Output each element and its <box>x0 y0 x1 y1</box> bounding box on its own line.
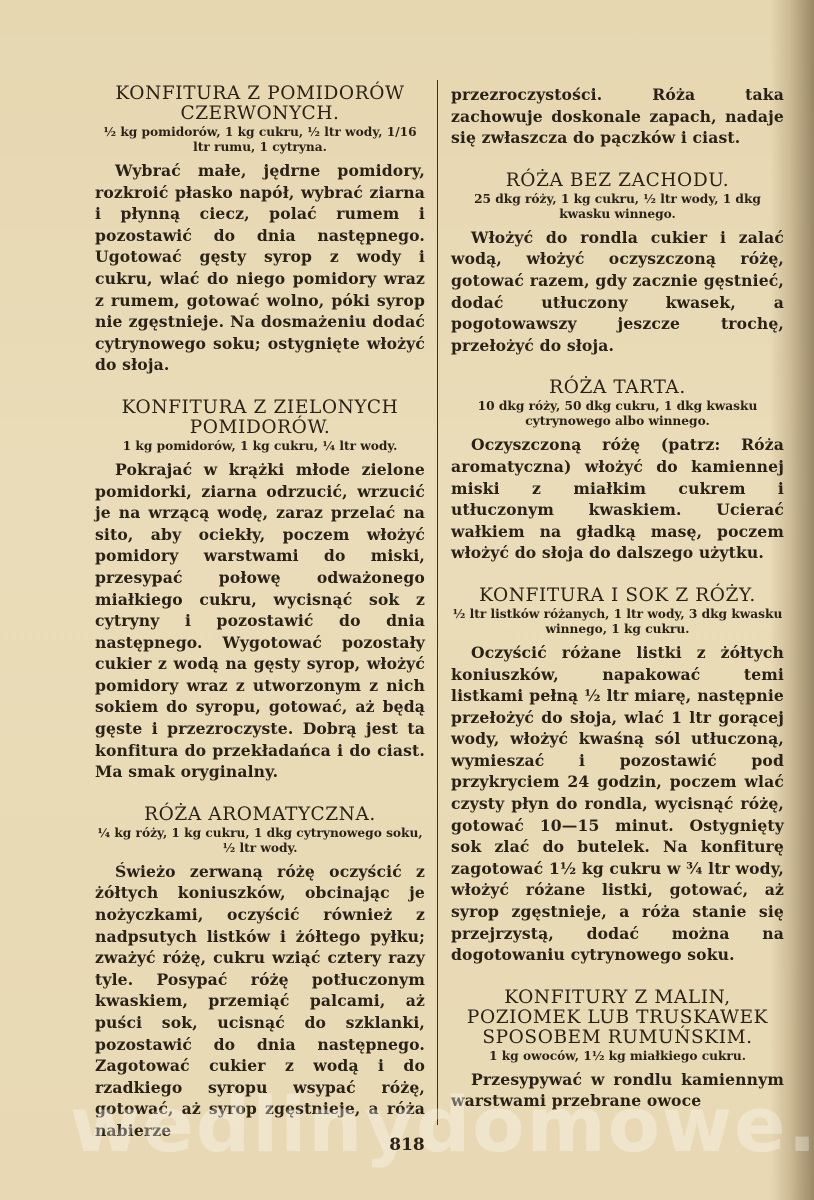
recipe-title: KONFITURY Z MALIN, POZIOMEK LUB TRUSKAWE… <box>451 988 784 1048</box>
recipe-ingredients: 25 dkg róży, 1 kg cukru, ½ ltr wody, 1 d… <box>451 192 784 222</box>
right-column: przezroczystości. Róża taka zachowuje do… <box>451 84 784 1126</box>
recipe-ingredients: ½ kg pomidorów, 1 kg cukru, ½ ltr wody, … <box>95 125 425 155</box>
recipe-roza-aromatyczna: RÓŻA AROMATYCZNA. ¼ kg róży, 1 kg cukru,… <box>95 805 425 1142</box>
recipe-title: KONFITURA Z POMIDORÓW CZERWONYCH. <box>95 84 425 124</box>
recipe-instructions: Oczyszczoną różę (patrz: Róża aromatyczn… <box>451 434 784 564</box>
recipe-instructions: Oczyścić różane listki z żółtych koniusz… <box>451 642 784 966</box>
recipe-instructions: Włożyć do rondla cukier i zalać wodą, wł… <box>451 227 784 357</box>
book-page: KONFITURA Z POMIDORÓW CZERWONYCH. ½ kg p… <box>0 0 814 1200</box>
column-divider <box>437 80 438 1125</box>
recipe-konfitury-z-malin: KONFITURY Z MALIN, POZIOMEK LUB TRUSKAWE… <box>451 988 784 1112</box>
recipe-instructions: Świeżo zerwaną różę oczyścić z żółtych k… <box>95 861 425 1142</box>
recipe-konfitura-sok-z-rozy: KONFITURA I SOK Z RÓŻY. ½ ltr listków ró… <box>451 586 784 966</box>
recipe-ingredients: ½ ltr listków różanych, 1 ltr wody, 3 dk… <box>451 607 784 637</box>
recipe-roza-tarta: RÓŻA TARTA. 10 dkg róży, 50 dkg cukru, 1… <box>451 378 784 564</box>
recipe-roza-bez-zachodu: RÓŻA BEZ ZACHODU. 25 dkg róży, 1 kg cukr… <box>451 171 784 357</box>
recipe-ingredients: ¼ kg róży, 1 kg cukru, 1 dkg cytrynowego… <box>95 826 425 856</box>
continued-instructions: przezroczystości. Róża taka zachowuje do… <box>451 84 784 149</box>
recipe-title: RÓŻA BEZ ZACHODU. <box>451 171 784 191</box>
recipe-title: KONFITURA Z ZIELONYCH POMIDORÓW. <box>95 398 425 438</box>
continued-text: przezroczystości. Róża taka zachowuje do… <box>451 84 784 149</box>
recipe-instructions: Pokrajać w krążki młode zielone pomidork… <box>95 459 425 783</box>
recipe-ingredients: 1 kg owoców, 1½ kg miałkiego cukru. <box>451 1049 784 1064</box>
recipe-ingredients: 10 dkg róży, 50 dkg cukru, 1 dkg kwasku … <box>451 399 784 429</box>
page-number: 818 <box>0 1135 814 1155</box>
recipe-instructions: Przesypywać w rondlu kamiennym warstwami… <box>451 1069 784 1112</box>
recipe-konfitura-pomidory-zielone: KONFITURA Z ZIELONYCH POMIDORÓW. 1 kg po… <box>95 398 425 783</box>
recipe-konfitura-pomidory-czerwone: KONFITURA Z POMIDORÓW CZERWONYCH. ½ kg p… <box>95 84 425 376</box>
recipe-ingredients: 1 kg pomidorów, 1 kg cukru, ¼ ltr wody. <box>95 439 425 454</box>
left-column: KONFITURA Z POMIDORÓW CZERWONYCH. ½ kg p… <box>95 84 425 1164</box>
recipe-title: KONFITURA I SOK Z RÓŻY. <box>451 586 784 606</box>
recipe-title: RÓŻA TARTA. <box>451 378 784 398</box>
recipe-instructions: Wybrać małe, jędrne pomidory, rozkroić p… <box>95 160 425 376</box>
recipe-title: RÓŻA AROMATYCZNA. <box>95 805 425 825</box>
